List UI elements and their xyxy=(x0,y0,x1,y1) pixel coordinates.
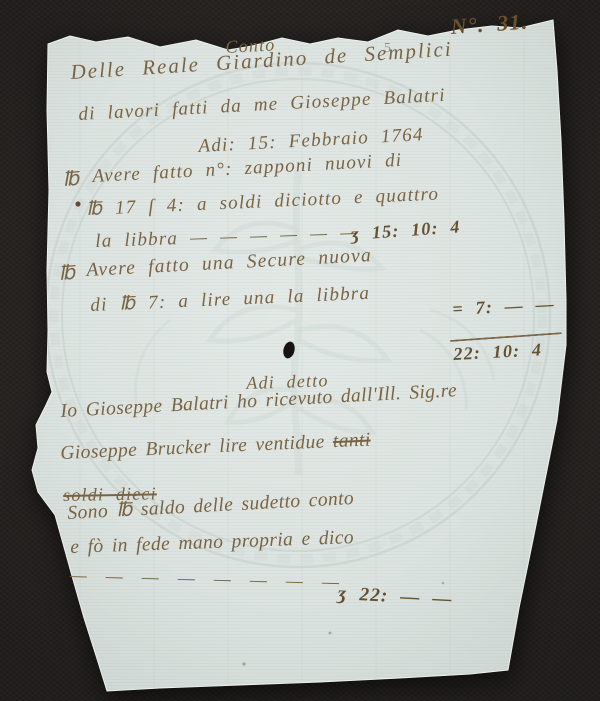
ink-speck xyxy=(75,201,80,206)
total-amount: 22: 10: 4 xyxy=(453,340,543,363)
paper-speck xyxy=(242,662,245,665)
scanned-manuscript-photo: Conto 5 N°. 31. Delle Reale Giardino de … xyxy=(0,0,600,701)
doc-number: N°. 31. xyxy=(450,11,529,38)
item2-marker: ℔ xyxy=(58,263,77,284)
item1-marker: ℔ xyxy=(62,169,81,190)
paper-speck xyxy=(442,582,445,585)
paper-speck xyxy=(329,632,332,635)
receipt-line2-struck-word: tanti xyxy=(332,429,371,452)
